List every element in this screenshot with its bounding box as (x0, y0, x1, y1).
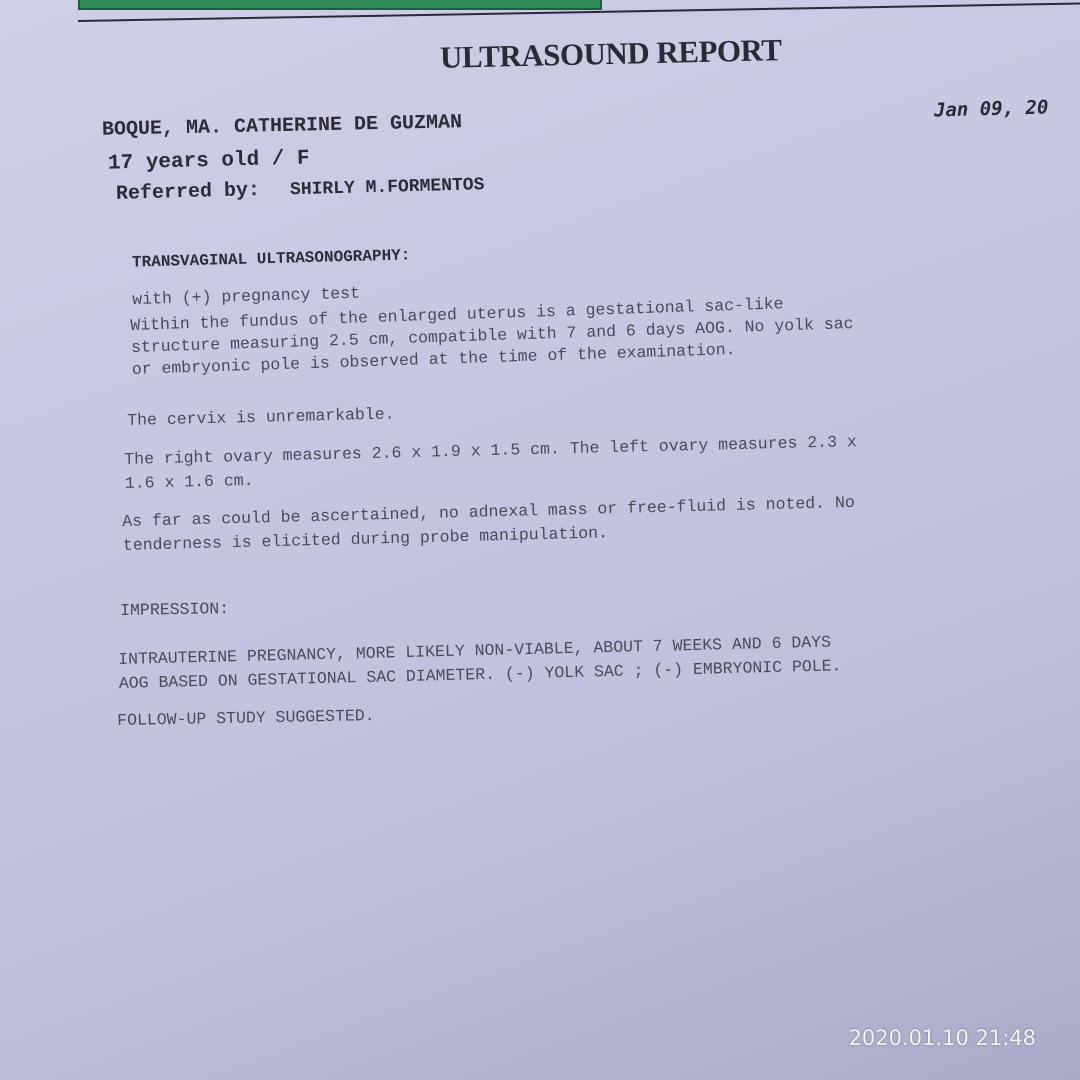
exam-section-title: TRANSVAGINAL ULTRASONOGRAPHY: (132, 246, 411, 271)
patient-age-sex: 17 years old / F (108, 147, 310, 175)
photo-timestamp: 2020.01.10 21:48 (849, 1026, 1036, 1050)
referred-by: Referred by:SHIRLY M.FORMENTOS (116, 173, 485, 206)
patient-name: BOQUE, MA. CATHERINE DE GUZMAN (102, 111, 462, 142)
report-title: ULTRASOUND REPORT (440, 32, 782, 76)
finding-pregnancy-test: with (+) pregnancy test (132, 283, 360, 311)
impression-label: IMPRESSION: (120, 598, 229, 622)
referred-by-label: Referred by: (116, 179, 261, 206)
recommendation: FOLLOW-UP STUDY SUGGESTED. (117, 705, 375, 732)
report-paper: ULTRASOUND REPORT Jan 09, 20 BOQUE, MA. … (0, 0, 1080, 1080)
finding-adnexa: As far as could be ascertained, no adnex… (122, 491, 856, 558)
referring-doctor: SHIRLY M.FORMENTOS (290, 175, 485, 200)
letterhead-green-band (78, 0, 602, 10)
impression-text: INTRAUTERINE PREGNANCY, MORE LIKELY NON-… (118, 630, 842, 696)
finding-ovaries: The right ovary measures 2.6 x 1.9 x 1.5… (124, 430, 858, 496)
finding-cervix: The cervix is unremarkable. (127, 403, 395, 432)
report-date: Jan 09, 20 (934, 97, 1049, 122)
